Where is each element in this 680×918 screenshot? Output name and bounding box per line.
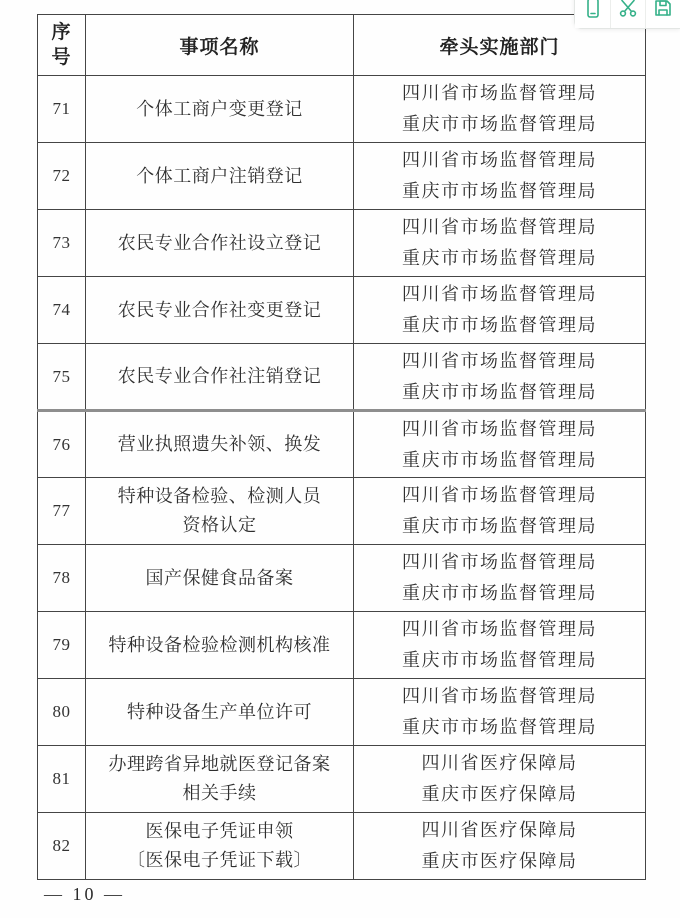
- table-row: 74 农民专业合作社变更登记 四川省市场监督管理局 重庆市市场监督管理局: [38, 277, 646, 344]
- viewer-toolbar: [574, 0, 680, 29]
- table-row: 73 农民专业合作社设立登记 四川省市场监督管理局 重庆市市场监督管理局: [38, 210, 646, 277]
- column-header-number: 序号: [38, 15, 86, 76]
- column-header-item-name: 事项名称: [86, 15, 354, 76]
- item-name: 特种设备检验检测机构核准: [86, 612, 354, 679]
- row-number: 75: [38, 344, 86, 411]
- item-name: 特种设备检验、检测人员 资格认定: [86, 478, 354, 545]
- lead-departments: 四川省医疗保障局 重庆市医疗保障局: [354, 813, 646, 880]
- table-row: 76 营业执照遗失补领、换发 四川省市场监督管理局 重庆市市场监督管理局: [38, 411, 646, 478]
- row-number: 72: [38, 143, 86, 210]
- table-row: 78 国产保健食品备案 四川省市场监督管理局 重庆市市场监督管理局: [38, 545, 646, 612]
- lead-departments: 四川省市场监督管理局 重庆市市场监督管理局: [354, 143, 646, 210]
- lead-departments: 四川省市场监督管理局 重庆市市场监督管理局: [354, 344, 646, 411]
- table-row: 80 特种设备生产单位许可 四川省市场监督管理局 重庆市市场监督管理局: [38, 679, 646, 746]
- row-number: 80: [38, 679, 86, 746]
- row-number: 76: [38, 411, 86, 478]
- item-name: 医保电子凭证申领 〔医保电子凭证下载〕: [86, 813, 354, 880]
- row-number: 71: [38, 76, 86, 143]
- item-name: 营业执照遗失补领、换发: [86, 411, 354, 478]
- lead-departments: 四川省市场监督管理局 重庆市市场监督管理局: [354, 679, 646, 746]
- table-row: 81 办理跨省异地就医登记备案 相关手续 四川省医疗保障局 重庆市医疗保障局: [38, 746, 646, 813]
- lead-departments: 四川省市场监督管理局 重庆市市场监督管理局: [354, 277, 646, 344]
- table-row: 71 个体工商户变更登记 四川省市场监督管理局 重庆市市场监督管理局: [38, 76, 646, 143]
- row-number: 81: [38, 746, 86, 813]
- row-number: 79: [38, 612, 86, 679]
- table-row: 82 医保电子凭证申领 〔医保电子凭证下载〕 四川省医疗保障局 重庆市医疗保障局: [38, 813, 646, 880]
- phone-icon: [582, 0, 604, 19]
- lead-departments: 四川省市场监督管理局 重庆市市场监督管理局: [354, 612, 646, 679]
- item-name: 特种设备生产单位许可: [86, 679, 354, 746]
- table-row: 72 个体工商户注销登记 四川省市场监督管理局 重庆市市场监督管理局: [38, 143, 646, 210]
- lead-departments: 四川省市场监督管理局 重庆市市场监督管理局: [354, 478, 646, 545]
- scanned-document-page: 序号 事项名称 牵头实施部门 71 个体工商户变更登记 四川省市场监督管理局 重…: [0, 0, 680, 918]
- row-number: 74: [38, 277, 86, 344]
- save-icon: [652, 0, 674, 19]
- row-number: 82: [38, 813, 86, 880]
- row-number: 77: [38, 478, 86, 545]
- row-number: 78: [38, 545, 86, 612]
- item-name: 个体工商户变更登记: [86, 76, 354, 143]
- lead-departments: 四川省医疗保障局 重庆市医疗保障局: [354, 746, 646, 813]
- table-header-row: 序号 事项名称 牵头实施部门: [38, 15, 646, 76]
- item-name: 个体工商户注销登记: [86, 143, 354, 210]
- page-number: — 10 —: [44, 884, 125, 905]
- lead-departments: 四川省市场监督管理局 重庆市市场监督管理局: [354, 76, 646, 143]
- item-name: 农民专业合作社变更登记: [86, 277, 354, 344]
- edit-crop-button[interactable]: [610, 0, 645, 28]
- scissors-icon: [617, 0, 639, 19]
- table-row: 79 特种设备检验检测机构核准 四川省市场监督管理局 重庆市市场监督管理局: [38, 612, 646, 679]
- item-name: 国产保健食品备案: [86, 545, 354, 612]
- save-button[interactable]: [645, 0, 680, 28]
- lead-departments: 四川省市场监督管理局 重庆市市场监督管理局: [354, 411, 646, 478]
- row-number: 73: [38, 210, 86, 277]
- table-row: 77 特种设备检验、检测人员 资格认定 四川省市场监督管理局 重庆市市场监督管理…: [38, 478, 646, 545]
- send-to-phone-button[interactable]: [575, 0, 610, 28]
- items-table: 序号 事项名称 牵头实施部门 71 个体工商户变更登记 四川省市场监督管理局 重…: [37, 14, 646, 880]
- lead-departments: 四川省市场监督管理局 重庆市市场监督管理局: [354, 210, 646, 277]
- lead-departments: 四川省市场监督管理局 重庆市市场监督管理局: [354, 545, 646, 612]
- item-name: 农民专业合作社设立登记: [86, 210, 354, 277]
- item-name: 农民专业合作社注销登记: [86, 344, 354, 411]
- item-name: 办理跨省异地就医登记备案 相关手续: [86, 746, 354, 813]
- table-row: 75 农民专业合作社注销登记 四川省市场监督管理局 重庆市市场监督管理局: [38, 344, 646, 411]
